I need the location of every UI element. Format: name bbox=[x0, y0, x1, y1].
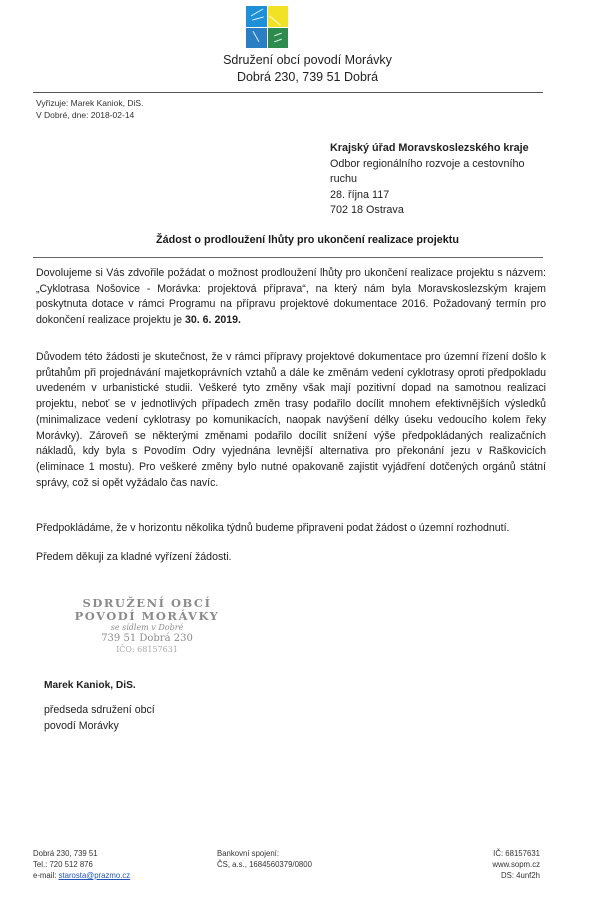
footer-contact: Dobrá 230, 739 51 Tel.: 720 512 876 e-ma… bbox=[33, 848, 130, 881]
body-paragraph-1: Dovolujeme si Vás zdvořile požádat o mož… bbox=[36, 266, 546, 329]
footer-ic: IČ: 68157631 bbox=[492, 848, 540, 859]
footer-email-row: e-mail: starosta@prazmo.cz bbox=[33, 870, 130, 881]
place-date: V Dobré, dne: 2018-02-14 bbox=[36, 109, 143, 121]
footer-bank-label: Bankovní spojení: bbox=[217, 848, 312, 859]
letter-meta: Vyřizuje: Marek Kaniok, DiS. V Dobré, dn… bbox=[36, 97, 143, 121]
signer-role-line-1: předseda sdružení obcí bbox=[44, 703, 155, 719]
handled-by: Vyřizuje: Marek Kaniok, DiS. bbox=[36, 97, 143, 109]
recipient-department: Odbor regionálního rozvoje a cestovního bbox=[330, 157, 529, 173]
signer-role: předseda sdružení obcí povodí Morávky bbox=[44, 703, 155, 734]
footer-bank-account: ČS, a.s., 1684560379/0800 bbox=[217, 859, 312, 870]
subject-divider bbox=[33, 257, 543, 258]
footer-email-label: e-mail: bbox=[33, 871, 59, 880]
signer-role-line-2: povodí Morávky bbox=[44, 719, 155, 735]
recipient-name: Krajský úřad Moravskoslezského kraje bbox=[330, 141, 529, 157]
paragraph-1-text: Dovolujeme si Vás zdvořile požádat o mož… bbox=[36, 267, 546, 326]
organization-logo bbox=[246, 6, 288, 48]
logo-quadrant-darkblue bbox=[246, 28, 267, 49]
stamp-line-5: IČO: 68157631 bbox=[62, 645, 232, 655]
official-stamp: SDRUŽENÍ OBCÍ POVODÍ MORÁVKY se sídlem v… bbox=[62, 597, 232, 655]
footer-ids: IČ: 68157631 www.sopm.cz DS: 4unf2h bbox=[492, 848, 540, 881]
header-divider bbox=[33, 92, 543, 93]
recipient-street: 28. října 117 bbox=[330, 188, 529, 204]
logo-quadrant-blue bbox=[246, 6, 267, 27]
letter-subject: Žádost o prodloužení lhůty pro ukončení … bbox=[0, 234, 615, 246]
footer-ds: DS: 4unf2h bbox=[492, 870, 540, 881]
stamp-line-2: POVODÍ MORÁVKY bbox=[62, 610, 232, 623]
footer-phone: Tel.: 720 512 876 bbox=[33, 859, 130, 870]
recipient-address: Krajský úřad Moravskoslezského kraje Odb… bbox=[330, 141, 529, 219]
signer-name: Marek Kaniok, DiS. bbox=[44, 680, 136, 691]
stamp-line-3: se sídlem v Dobré bbox=[62, 623, 232, 633]
footer-bank: Bankovní spojení: ČS, a.s., 1684560379/0… bbox=[217, 848, 312, 870]
footer-email-link[interactable]: starosta@prazmo.cz bbox=[59, 871, 131, 880]
logo-quadrant-green bbox=[268, 28, 289, 49]
stamp-line-4: 739 51 Dobrá 230 bbox=[62, 633, 232, 645]
body-paragraph-2: Důvodem této žádosti je skutečnost, že v… bbox=[36, 350, 546, 491]
org-address: Dobrá 230, 739 51 Dobrá bbox=[0, 69, 615, 86]
org-name: Sdružení obcí povodí Morávky bbox=[0, 52, 615, 69]
body-paragraph-4: Předem děkuji za kladné vyřízení žádosti… bbox=[36, 550, 546, 566]
letterhead-text: Sdružení obcí povodí Morávky Dobrá 230, … bbox=[0, 52, 615, 86]
recipient-department-cont: ruchu bbox=[330, 172, 529, 188]
deadline-date: 30. 6. 2019. bbox=[185, 314, 241, 326]
recipient-city: 702 18 Ostrava bbox=[330, 203, 529, 219]
logo-quadrant-yellow bbox=[268, 6, 289, 27]
footer-web: www.sopm.cz bbox=[492, 859, 540, 870]
footer-address: Dobrá 230, 739 51 bbox=[33, 848, 130, 859]
body-paragraph-3: Předpokládáme, že v horizontu několika t… bbox=[36, 521, 546, 537]
